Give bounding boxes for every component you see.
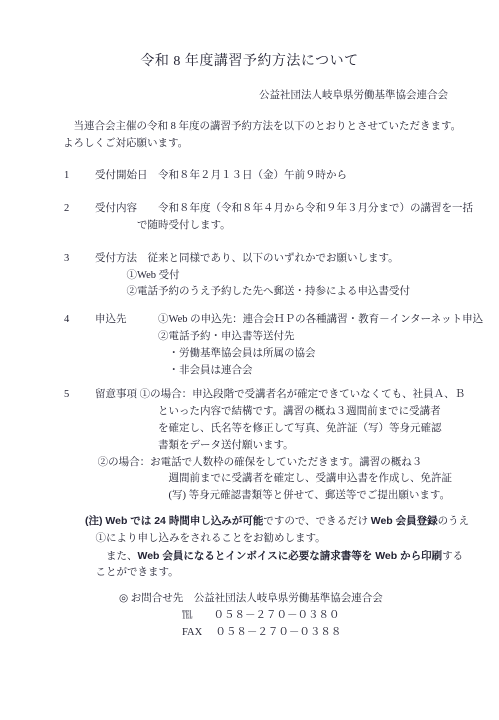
text-line: を確定し、氏名等を修正して写真、免許証（写）等身元確認 [95,421,479,438]
note-text: する [442,551,463,562]
list-item: 5留意事項 ①の場合：申込段階で受講者名が確定できていなくても、社員Ａ、Ｂ とい… [64,387,479,505]
note-line: ことができます。 [85,565,479,582]
contact-line: ℡ ０５８－２７０－０３８０ [119,608,499,625]
item-number: 2 [64,201,95,235]
text-line: 週間前までに受講者を確定し、受講申込書を作成し、免許証 [95,471,479,488]
text-line: ②電話予約・申込書等送付先 [95,329,479,346]
item-lines: 受付方法 従来と同様であり、以下のいずれかでお願いします。 ①Web 受付 ②電… [95,251,479,301]
text-line: (写) 等身元確認書類等と併せて、郵送等でご提出願います。 [95,488,479,505]
item-number: 5 [64,387,95,505]
note-text: ですので、できるだけ [263,516,370,527]
numbered-items-list: 1受付開始日 令和８年２月１３日（金）午前９時から2受付内容 令和８年度（令和８… [64,168,479,505]
note-line: ①により申し込みをされることをお勧めします。 [85,531,479,548]
item-lines: 留意事項 ①の場合：申込段階で受講者名が確定できていなくても、社員Ａ、Ｂ といっ… [95,387,479,505]
item-number: 3 [64,251,95,301]
item-lines: 受付開始日 令和８年２月１３日（金）午前９時から [95,168,479,185]
item-number: 4 [64,312,95,379]
text-line: 留意事項 ①の場合：申込段階で受講者名が確定できていなくても、社員Ａ、Ｂ [95,387,479,404]
text-line: 受付方法 従来と同様であり、以下のいずれかでお願いします。 [95,251,479,268]
list-item: 3受付方法 従来と同様であり、以下のいずれかでお願いします。 ①Web 受付 ②… [64,251,479,301]
intro-line: よろしくご対応願います。 [63,136,469,153]
document-title: 令和 8 年度講習予約方法について [0,52,499,72]
note-bold-text: (注) Web では 24 時間申し込みが可能 [85,515,263,527]
text-line: といった内容で結構です。講習の概ね３週間前までに受講者 [95,404,479,421]
list-item: 1受付開始日 令和８年２月１３日（金）午前９時から [64,168,479,185]
text-line: ・非会員は連合会 [95,363,479,380]
note-text: のうえ [438,516,470,527]
contact-line: ◎ お問合せ先 公益社団法人岐阜県労働基準協会連合会 [119,591,499,608]
list-item: 2受付内容 令和８年度（令和８年４月から令和９年３月分まで）の講習を一括 で随時… [64,201,479,235]
note-line: (注) Web では 24 時間申し込みが可能ですので、できるだけ Web 会員… [85,513,479,531]
organization-name: 公益社団法人岐阜県労働基準協会連合会 [0,88,499,105]
text-line: ②の場合：お電話で人数枠の確保をしていただきます。講習の概ね３ [95,455,479,472]
note-bold-text: Web 会員になるとインボイスに必要な請求書等を Web から印刷 [138,550,443,562]
intro-paragraph: 当連合会主催の令和 8 年度の講習予約方法を以下のとおりとさせていただきます。よ… [63,119,469,153]
note-line: また、Web 会員になるとインボイスに必要な請求書等を Web から印刷する [85,548,479,566]
text-line: ①Web 受付 [95,268,479,285]
text-line: 書類をデータ送付願います。 [95,438,479,455]
note-block: (注) Web では 24 時間申し込みが可能ですので、できるだけ Web 会員… [85,513,479,582]
contact-line: FAX ０５８－２７０－０３８８ [119,625,499,642]
text-line: 受付開始日 令和８年２月１３日（金）午前９時から [95,168,479,185]
note-text: ことができます。 [85,567,179,578]
text-line: ・労働基準協会員は所属の協会 [95,346,479,363]
text-line: 受付内容 令和８年度（令和８年４月から令和９年３月分まで）の講習を一括 [95,201,479,218]
item-lines: 受付内容 令和８年度（令和８年４月から令和９年３月分まで）の講習を一括 で随時受… [95,201,479,235]
item-number: 1 [64,168,95,185]
note-text: ①により申し込みをされることをお勧めします。 [85,533,326,544]
text-line: ②電話予約のうえ予約した先へ郵送・持参による申込書受付 [95,284,479,301]
document-page: 令和 8 年度講習予約方法について 公益社団法人岐阜県労働基準協会連合会 当連合… [0,0,499,720]
note-text: また、 [85,551,138,562]
contact-block: ◎ お問合せ先 公益社団法人岐阜県労働基準協会連合会 ℡ ０５８－２７０－０３８… [119,591,499,641]
note-bold-text: Web 会員登録 [371,515,438,527]
text-line: で随時受付します。 [95,218,479,235]
text-line: 申込先 ①Web の申込先：連合会ＨＰの各種講習・教育－インターネット申込 [95,312,479,329]
item-lines: 申込先 ①Web の申込先：連合会ＨＰの各種講習・教育－インターネット申込 ②電… [95,312,479,379]
intro-line: 当連合会主催の令和 8 年度の講習予約方法を以下のとおりとさせていただきます。 [63,119,469,136]
list-item: 4申込先 ①Web の申込先：連合会ＨＰの各種講習・教育－インターネット申込 ②… [64,312,479,379]
